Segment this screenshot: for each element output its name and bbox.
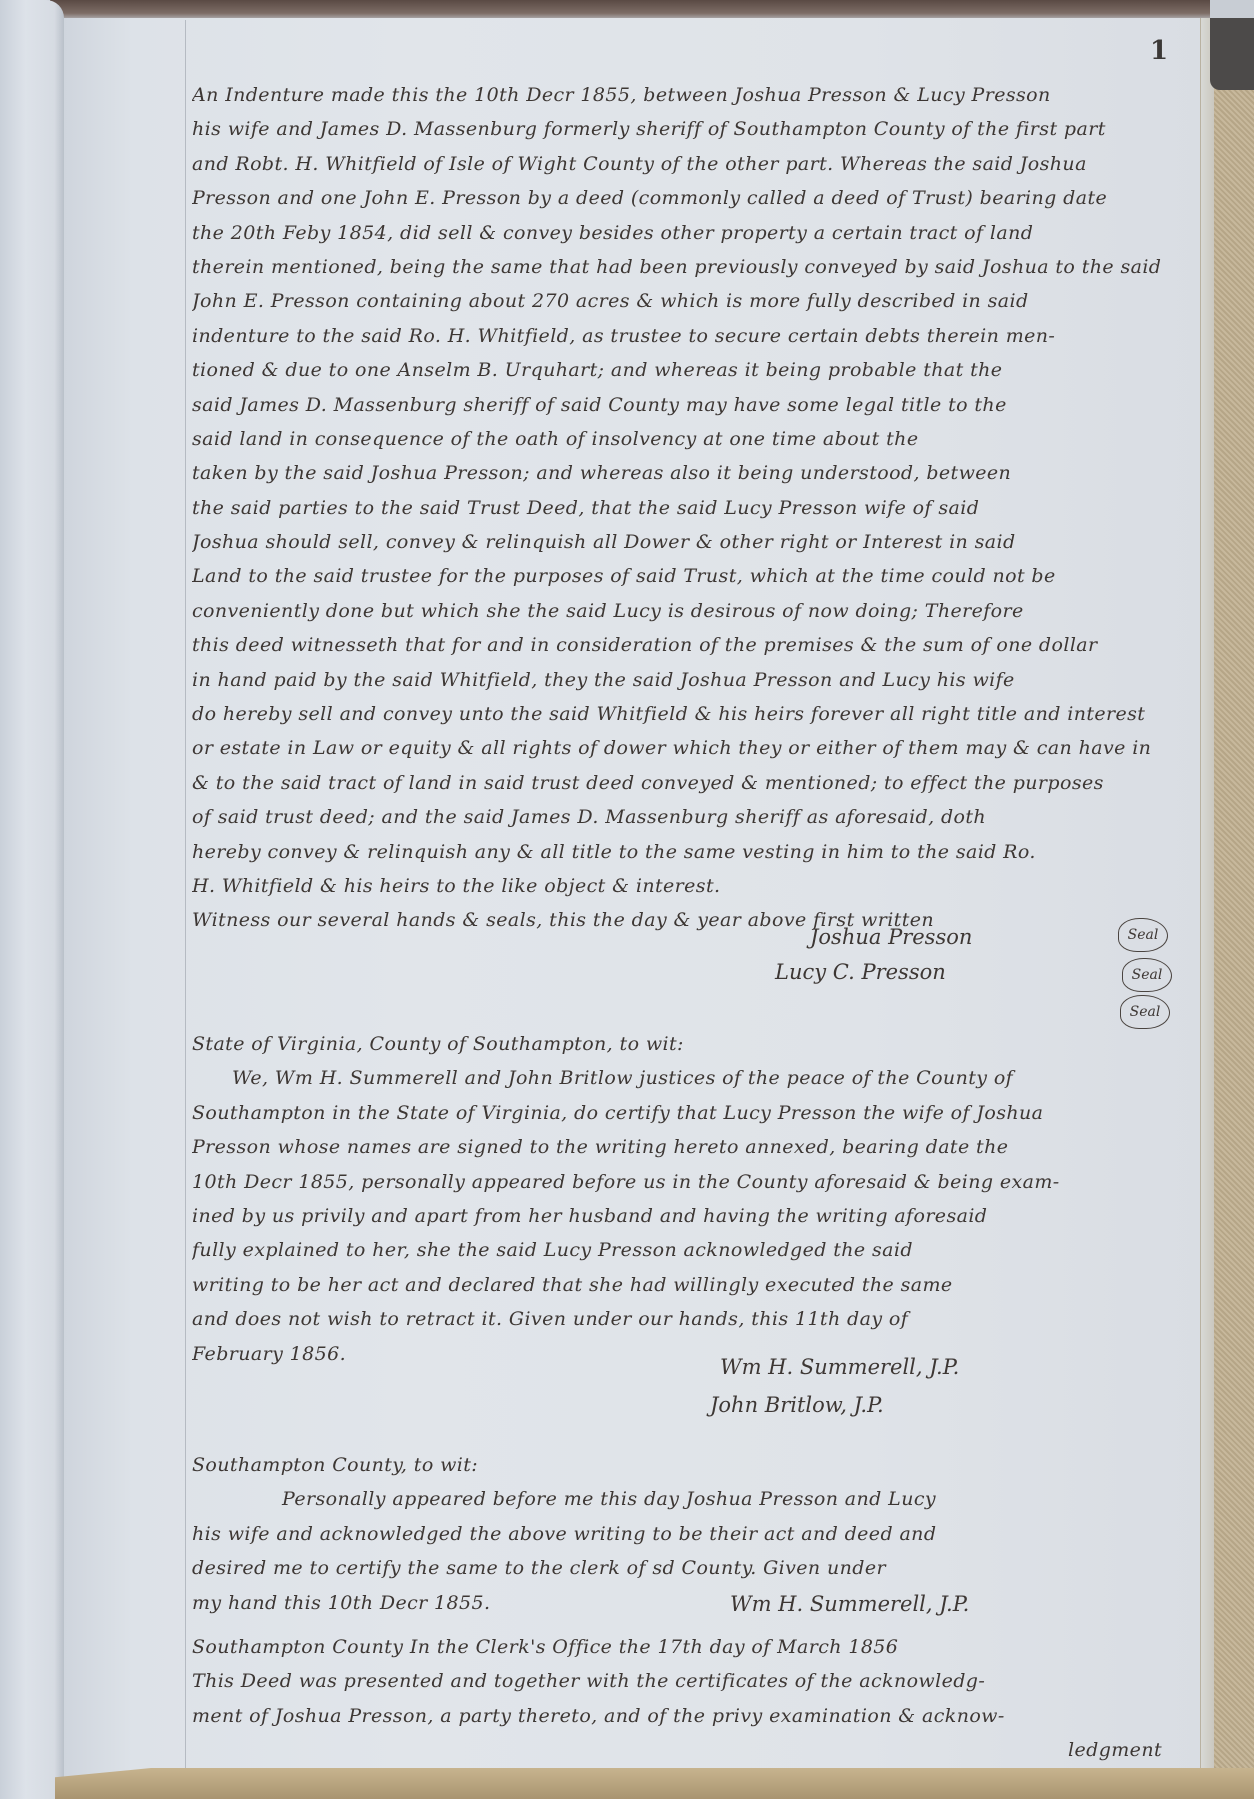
indenture-line: said land in consequence of the oath of … — [192, 422, 1192, 456]
acknowledgment-line: Personally appeared before me this day J… — [192, 1482, 1192, 1516]
indenture-line: the said parties to the said Trust Deed,… — [192, 491, 1192, 525]
certificate-heading: State of Virginia, County of Southampton… — [192, 1027, 1192, 1061]
previous-page-curl — [0, 0, 64, 1799]
signature-britlow: John Britlow, J.P. — [710, 1393, 884, 1417]
certificate-line: writing to be her act and declared that … — [192, 1268, 1192, 1302]
acknowledgment-line: his wife and acknowledged the above writ… — [192, 1517, 1192, 1551]
seal-icon: Seal — [1122, 958, 1172, 992]
indenture-line: John E. Presson containing about 270 acr… — [192, 284, 1192, 318]
book-cloth-binding — [1214, 70, 1254, 1799]
acknowledgment-line: my hand this 10th Decr 1855. — [192, 1586, 1192, 1620]
indenture-line: do hereby sell and convey unto the said … — [192, 697, 1192, 731]
page-number: 1 — [1150, 36, 1168, 66]
margin-rule — [185, 20, 186, 1780]
certificate-line: ined by us privily and apart from her hu… — [192, 1199, 1192, 1233]
justices-certificate: State of Virginia, County of Southampton… — [192, 1027, 1192, 1371]
certificate-line: Presson whose names are signed to the wr… — [192, 1130, 1192, 1164]
seal-icon: Seal — [1118, 918, 1168, 952]
acknowledgment-text: Southampton County, to wit: Personally a… — [192, 1448, 1192, 1620]
indenture-line: or estate in Law or equity & all rights … — [192, 731, 1192, 765]
signature-summerell: Wm H. Summerell, J.P. — [720, 1355, 959, 1379]
indenture-line: therein mentioned, being the same that h… — [192, 250, 1192, 284]
certificate-line: and does not wish to retract it. Given u… — [192, 1302, 1192, 1336]
indenture-line: his wife and James D. Massenburg formerl… — [192, 112, 1192, 146]
signature-summerell-ack: Wm H. Summerell, J.P. — [730, 1592, 969, 1616]
indenture-line: tioned & due to one Anselm B. Urquhart; … — [192, 353, 1192, 387]
ledger-book: 1 An Indenture made this the 10th Decr 1… — [0, 0, 1254, 1799]
clerk-line: ment of Joshua Presson, a party thereto,… — [192, 1699, 1192, 1733]
indenture-line: hereby convey & relinquish any & all tit… — [192, 835, 1192, 869]
clerk-line: Southampton County In the Clerk's Office… — [192, 1630, 1192, 1664]
clerk-line: This Deed was presented and together wit… — [192, 1664, 1192, 1698]
indenture-line: H. Whitfield & his heirs to the like obj… — [192, 869, 1192, 903]
indenture-line: of said trust deed; and the said James D… — [192, 800, 1192, 834]
acknowledgment-heading: Southampton County, to wit: — [192, 1448, 1192, 1482]
page-bottom-edge — [55, 1768, 1254, 1799]
certificate-line: 10th Decr 1855, personally appeared befo… — [192, 1165, 1192, 1199]
indenture-text: An Indenture made this the 10th Decr 185… — [192, 78, 1192, 938]
signature-lucy: Lucy C. Presson — [775, 960, 946, 984]
signature-joshua: Joshua Presson — [810, 925, 972, 949]
clerk-entry: Southampton County In the Clerk's Office… — [192, 1630, 1192, 1768]
indenture-line: Presson and one John E. Presson by a dee… — [192, 181, 1192, 215]
book-corner — [1210, 18, 1254, 90]
indenture-line: in hand paid by the said Whitfield, they… — [192, 663, 1192, 697]
certificate-line: Southampton in the State of Virginia, do… — [192, 1096, 1192, 1130]
indenture-line: said James D. Massenburg sheriff of said… — [192, 388, 1192, 422]
indenture-line: the 20th Feby 1854, did sell & convey be… — [192, 216, 1192, 250]
certificate-line: February 1856. — [192, 1337, 1192, 1371]
indenture-line: An Indenture made this the 10th Decr 185… — [192, 78, 1192, 112]
indenture-line: taken by the said Joshua Presson; and wh… — [192, 456, 1192, 490]
indenture-line: and Robt. H. Whitfield of Isle of Wight … — [192, 147, 1192, 181]
indenture-line: Joshua should sell, convey & relinquish … — [192, 525, 1192, 559]
clerk-line: ledgment — [192, 1733, 1192, 1767]
indenture-line: & to the said tract of land in said trus… — [192, 766, 1192, 800]
indenture-line: conveniently done but which she the said… — [192, 594, 1192, 628]
page-edge — [1200, 18, 1215, 1788]
acknowledgment-line: desired me to certify the same to the cl… — [192, 1551, 1192, 1585]
certificate-line: We, Wm H. Summerell and John Britlow jus… — [192, 1061, 1192, 1095]
certificate-line: fully explained to her, she the said Luc… — [192, 1233, 1192, 1267]
indenture-line: indenture to the said Ro. H. Whitfield, … — [192, 319, 1192, 353]
indenture-line: Witness our several hands & seals, this … — [192, 903, 1192, 937]
indenture-line: this deed witnesseth that for and in con… — [192, 628, 1192, 662]
indenture-line: Land to the said trustee for the purpose… — [192, 559, 1192, 593]
seal-icon: Seal — [1120, 995, 1170, 1029]
